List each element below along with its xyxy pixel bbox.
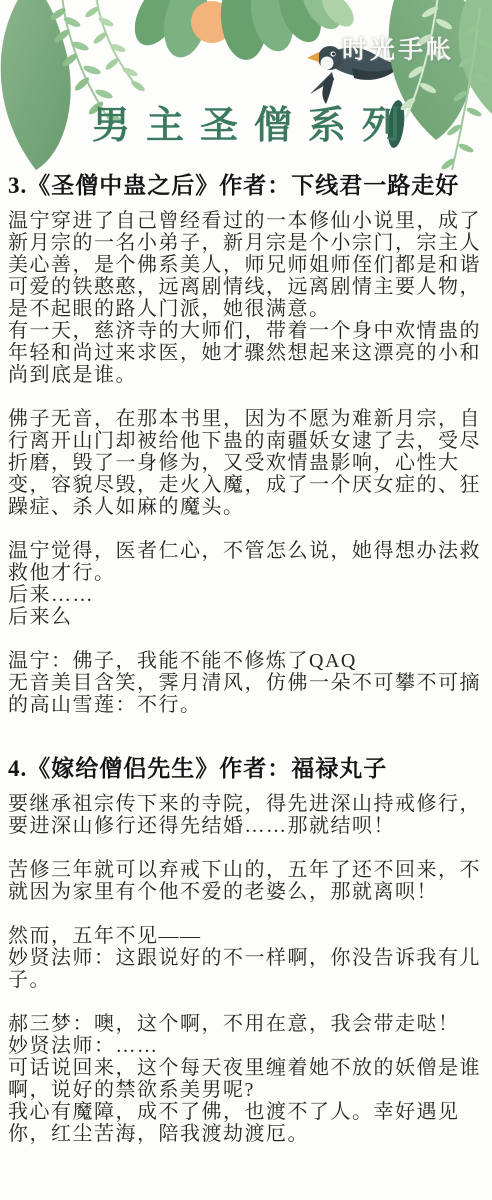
book-paragraph: 要继承祖宗传下来的寺院，得先进深山持戒修行，要进深山修行还得先结婚……那就结呗！ [8, 793, 486, 837]
book-paragraph: 郝三梦：噢，这个啊，不用在意，我会带走哒！ 妙贤法师：…… 可话说回来，这个每天… [8, 1013, 486, 1145]
book-paragraph: 然而，五年不见—— 妙贤法师：这跟说好的不一样啊，你没告诉我有儿子。 [8, 925, 486, 991]
book-paragraph: 温宁：佛子，我能不能不修炼了QAQ 无音美目含笑，霁月清风，仿佛一朵不可攀不可摘… [8, 650, 486, 716]
page-title: 男主圣僧系列 [0, 94, 492, 149]
book-heading: 4.《嫁给僧侣先生》作者：福禄丸子 [8, 750, 484, 783]
content: 男主圣僧系列 3.《圣僧中蛊之后》作者：下线君一路走好 温宁穿进了自己曾经看过的… [0, 0, 492, 1145]
page: 时光手帐 男主圣僧系列 3.《圣僧中蛊之后》作者：下线君一路走好 温宁穿进了自己… [0, 0, 492, 1200]
book-paragraph: 佛子无音，在那本书里，因为不愿为难新月宗，自行离开山门却被给他下蛊的南疆妖女逮了… [8, 408, 486, 518]
book-section-3: 3.《圣僧中蛊之后》作者：下线君一路走好 温宁穿进了自己曾经看过的一本修仙小说里… [0, 167, 492, 716]
book-heading: 3.《圣僧中蛊之后》作者：下线君一路走好 [8, 167, 484, 200]
book-section-4: 4.《嫁给僧侣先生》作者：福禄丸子 要继承祖宗传下来的寺院，得先进深山持戒修行，… [0, 750, 492, 1145]
book-paragraph: 苦修三年就可以弃戒下山的，五年了还不回来，不就因为家里有个他不爱的老婆么，那就离… [8, 859, 486, 903]
book-paragraph: 温宁觉得，医者仁心，不管怎么说，她得想办法救救他才行。 后来…… 后来么 [8, 540, 486, 628]
book-paragraph: 温宁穿进了自己曾经看过的一本修仙小说里，成了新月宗的一名小弟子，新月宗是个小宗门… [8, 210, 486, 386]
